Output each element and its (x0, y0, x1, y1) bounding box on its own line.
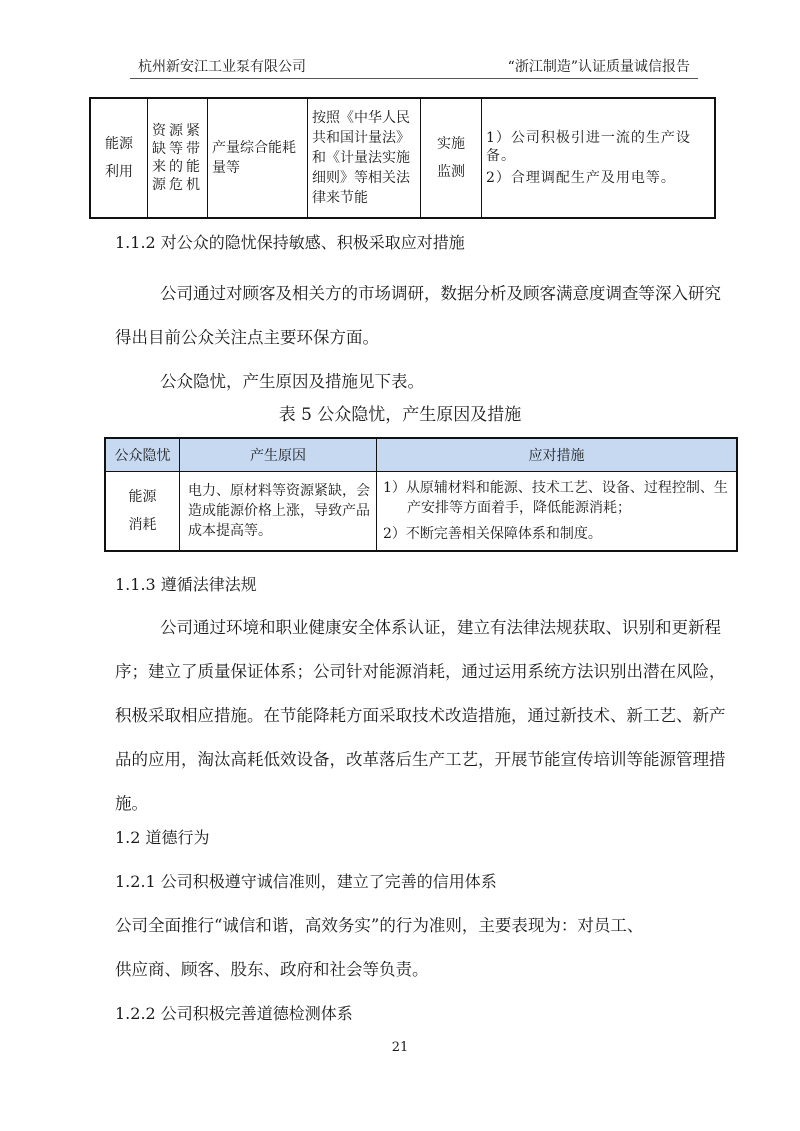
section-heading-1-2-1: 1.2.1 公司积极遵守诚信准则，建立了完善的信用体系 (115, 871, 497, 893)
table-header-row: 公众隐忧 产生原因 应对措施 (105, 438, 737, 472)
paragraph: 公众隐忧，产生原因及措施见下表。 (115, 360, 727, 404)
column-header: 公众隐忧 (105, 438, 180, 472)
method-cell: 实施 监测 (421, 98, 482, 218)
paragraph: 公司通过对顾客及相关方的市场调研，数据分析及顾客满意度调查等深入研究得出目前公众… (115, 272, 727, 360)
category-cell: 能源 利用 (90, 98, 148, 218)
basis-cell: 按照《中华人民共和国计量法》和《计量法实施细则》等相关法律来节能 (308, 98, 421, 218)
table-row: 能源 消耗 电力、原材料等资源紧缺，会造成能源价格上涨，导致产品成本提高等。 1… (105, 472, 737, 552)
section-heading-1-2: 1.2 道德行为 (115, 827, 210, 849)
paragraph: 公司通过环境和职业健康安全体系认证，建立有法律法规获取、识别和更新程序；建立了质… (115, 606, 727, 826)
section-heading-1-2-2: 1.2.2 公司积极完善道德检测体系 (115, 1003, 353, 1025)
cause-cell: 电力、原材料等资源紧缺，会造成能源价格上涨，导致产品成本提高等。 (180, 472, 377, 552)
measures-cell: 1）从原辅材料和能源、技术工艺、设备、过程控制、生产安排等方面着手，降低能源消耗… (377, 472, 738, 552)
section-heading-1-1-2: 1.1.2 对公众的隐忧保持敏感、积极采取应对措施 (115, 232, 465, 254)
page-number: 21 (0, 1040, 800, 1055)
measures-cell: 1）公司积极引进一流的生产设备。 2）合理调配生产及用电等。 (482, 98, 716, 218)
public-concerns-table: 公众隐忧 产生原因 应对措施 能源 消耗 电力、原材料等资源紧缺，会造成能源价格… (104, 437, 738, 552)
column-header: 产生原因 (180, 438, 377, 472)
indicator-cell: 产量综合能耗量等 (208, 98, 308, 218)
table-row: 能源 利用 资源紧缺等带来的能源危机 产量综合能耗量等 按照《中华人民共和国计量… (90, 98, 715, 218)
paragraph-line: 公司全面推行“诚信和谐，高效务实”的行为准则，主要表现为：对员工、 (115, 915, 643, 937)
report-title: “浙江制造”认证质量诚信报告 (508, 56, 690, 78)
page-header: 杭州新安江工业泵有限公司 “浙江制造”认证质量诚信报告 (130, 56, 698, 79)
company-name: 杭州新安江工业泵有限公司 (138, 56, 306, 78)
column-header: 应对措施 (377, 438, 738, 472)
issue-cell: 能源 消耗 (105, 472, 180, 552)
risk-cell: 资源紧缺等带来的能源危机 (148, 98, 208, 218)
energy-use-table: 能源 利用 资源紧缺等带来的能源危机 产量综合能耗量等 按照《中华人民共和国计量… (89, 97, 716, 219)
section-heading-1-1-3: 1.1.3 遵循法律法规 (115, 574, 257, 596)
paragraph-line: 供应商、顾客、股东、政府和社会等负责。 (115, 959, 429, 981)
table-caption: 表 5 公众隐忧，产生原因及措施 (0, 404, 800, 426)
